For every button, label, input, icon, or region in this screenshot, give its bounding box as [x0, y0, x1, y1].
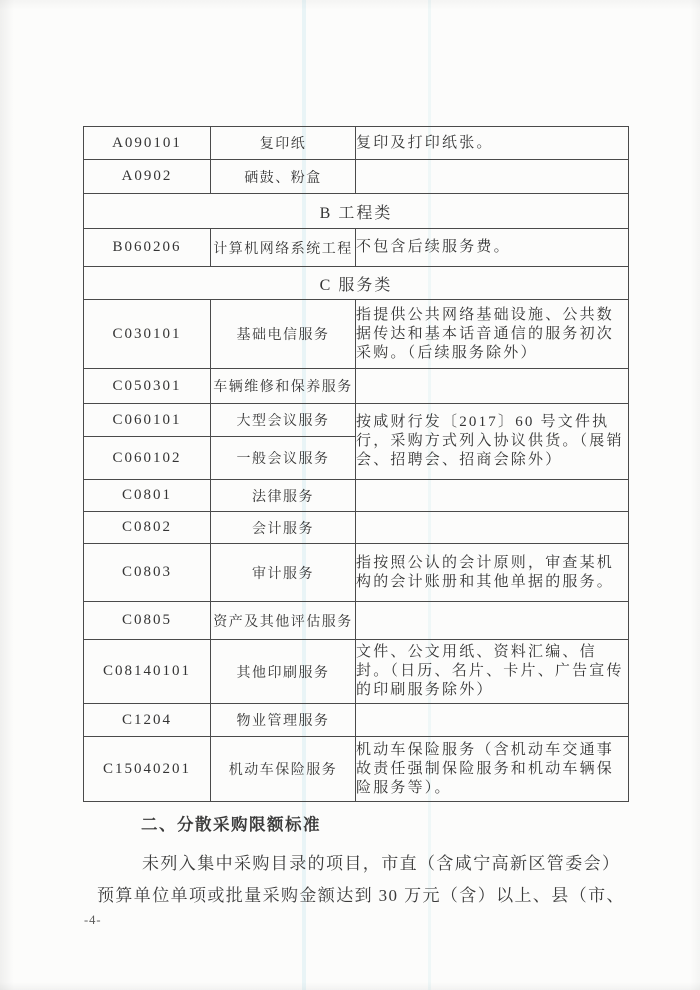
- table-row: C08140101 其他印刷服务 文件、公文用纸、资料汇编、信封。（日历、名片、…: [84, 640, 629, 704]
- code-cell: C0803: [84, 544, 211, 602]
- name-cell: 大型会议服务: [211, 404, 356, 437]
- table-row: C15040201 机动车保险服务 机动车保险服务（含机动车交通事故责任强制保险…: [84, 737, 629, 802]
- name-cell: 硒鼓、粉盒: [211, 160, 356, 194]
- desc-cell: 机动车保险服务（含机动车交通事故责任强制保险服务和机动车辆保险服务等）。: [356, 737, 629, 802]
- paragraph-line: 未列入集中采购目录的项目，市直（含咸宁高新区管委会）: [142, 849, 620, 874]
- name-cell: 机动车保险服务: [211, 737, 356, 802]
- code-cell: C050301: [84, 369, 211, 404]
- name-cell: 物业管理服务: [211, 704, 356, 737]
- name-cell: 资产及其他评估服务: [211, 602, 356, 640]
- code-cell: C060101: [84, 404, 211, 437]
- desc-cell-merged: 按咸财行发〔2017〕60 号文件执行，采购方式列入协议供货。（展销会、招聘会、…: [356, 404, 629, 480]
- table-row: C0801 法律服务: [84, 480, 629, 512]
- desc-cell: [356, 369, 629, 404]
- section-row-b: B 工程类: [84, 194, 629, 229]
- table-row: C1204 物业管理服务: [84, 704, 629, 737]
- desc-cell: [356, 704, 629, 737]
- table-row: B060206 计算机网络系统工程 不包含后续服务费。: [84, 229, 629, 267]
- desc-cell: [356, 512, 629, 544]
- code-cell: A090101: [84, 127, 211, 160]
- code-cell: C0801: [84, 480, 211, 512]
- desc-cell: 不包含后续服务费。: [356, 229, 629, 267]
- procurement-catalog-table: A090101 复印纸 复印及打印纸张。 A0902 硒鼓、粉盒 B 工程类 B…: [83, 126, 629, 802]
- table-row: C050301 车辆维修和保养服务: [84, 369, 629, 404]
- desc-cell: [356, 602, 629, 640]
- paragraph-line: 预算单位单项或批量采购金额达到 30 万元（含）以上、县（市、: [97, 881, 625, 906]
- table-row: C0803 审计服务 指按照公认的会计原则，审查某机构的会计账册和其他单据的服务…: [84, 544, 629, 602]
- desc-cell: 复印及打印纸张。: [356, 127, 629, 160]
- section-two-heading: 二、分散采购限额标准: [141, 811, 321, 835]
- name-cell: 复印纸: [211, 127, 356, 160]
- code-cell: C08140101: [84, 640, 211, 704]
- table-row: C0802 会计服务: [84, 512, 629, 544]
- table-row: A0902 硒鼓、粉盒: [84, 160, 629, 194]
- name-cell: 会计服务: [211, 512, 356, 544]
- table-row: A090101 复印纸 复印及打印纸张。: [84, 127, 629, 160]
- name-cell: 法律服务: [211, 480, 356, 512]
- code-cell: C0802: [84, 512, 211, 544]
- desc-cell: 指按照公认的会计原则，审查某机构的会计账册和其他单据的服务。: [356, 544, 629, 602]
- code-cell: C15040201: [84, 737, 211, 802]
- name-cell: 车辆维修和保养服务: [211, 369, 356, 404]
- desc-cell: 文件、公文用纸、资料汇编、信封。（日历、名片、卡片、广告宣传的印刷服务除外）: [356, 640, 629, 704]
- name-cell: 其他印刷服务: [211, 640, 356, 704]
- name-cell: 基础电信服务: [211, 300, 356, 369]
- name-cell: 一般会议服务: [211, 437, 356, 480]
- section-label: C 服务类: [84, 267, 629, 300]
- desc-cell: 指提供公共网络基础设施、公共数据传达和基本话音通信的服务初次采购。（后续服务除外…: [356, 300, 629, 369]
- desc-cell: [356, 160, 629, 194]
- table-row: C060101 大型会议服务 按咸财行发〔2017〕60 号文件执行，采购方式列…: [84, 404, 629, 437]
- code-cell: C030101: [84, 300, 211, 369]
- code-cell: A0902: [84, 160, 211, 194]
- page-number: -4-: [84, 913, 102, 928]
- section-label: B 工程类: [84, 194, 629, 229]
- table-row: C0805 资产及其他评估服务: [84, 602, 629, 640]
- name-cell: 审计服务: [211, 544, 356, 602]
- code-cell: C060102: [84, 437, 211, 480]
- name-cell: 计算机网络系统工程: [211, 229, 356, 267]
- section-row-c: C 服务类: [84, 267, 629, 300]
- code-cell: B060206: [84, 229, 211, 267]
- desc-cell: [356, 480, 629, 512]
- table-row: C030101 基础电信服务 指提供公共网络基础设施、公共数据传达和基本话音通信…: [84, 300, 629, 369]
- code-cell: C0805: [84, 602, 211, 640]
- code-cell: C1204: [84, 704, 211, 737]
